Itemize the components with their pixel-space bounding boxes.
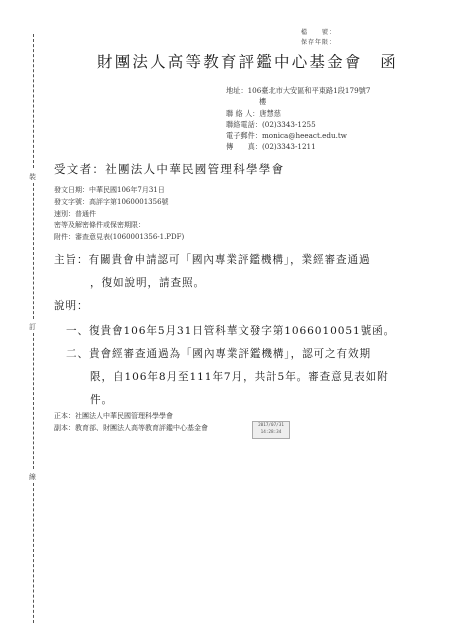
binding-line-top — [33, 34, 34, 168]
explanation-item-2-line2: 限，自106年8月至111年7月，共計5年。審查意見表如附 — [90, 369, 389, 384]
email: 電子郵件：monica@heeact.edu.tw — [226, 130, 370, 141]
distribution-block: 正本：社團法人中華民國管理科學學會 副本：教育部、財團法人高等教育評鑑中心基金會 — [54, 410, 208, 434]
file-number-label: 檔 號： — [301, 27, 336, 36]
security-level: 密等及解密條件或保密期限： — [54, 220, 184, 232]
stamp-time: 14:28:34 — [253, 429, 289, 436]
document-title: 財團法人高等教育評鑑中心基金會 函 — [97, 50, 398, 72]
meta-block: 發文日期：中華民國106年7月31日 發文字號：高評字第1060001356號 … — [54, 185, 184, 244]
explanation-item-2-line1: 二、貴會經審查通過為「國內專業評鑑機構」，認可之有效期 — [66, 346, 371, 361]
issue-date: 發文日期：中華民國106年7月31日 — [54, 185, 184, 197]
binding-char-xian: 線 — [29, 472, 36, 482]
binding-line-mid2 — [33, 333, 34, 469]
retention-label: 保存年限： — [301, 37, 336, 46]
original-recipient: 正本：社團法人中華民國管理科學學會 — [54, 410, 208, 422]
binding-line-mid1 — [33, 183, 34, 319]
explanation-heading: 說明： — [54, 298, 88, 313]
explanation-item-1: 一、復貴會106年5月31日管科華文發字第1066010051號函。 — [66, 323, 395, 338]
subject-line1: 主旨：有關貴會申請認可「國內專業評鑑機構」，業經審查通過 — [54, 252, 371, 267]
recipient: 受文者：社團法人中華民國管理科學學會 — [54, 161, 284, 177]
timestamp-stamp: 2017/07/31 14:28:34 — [252, 421, 290, 439]
binding-line-bottom — [33, 483, 34, 623]
binding-char-zhuang: 裝 — [29, 172, 36, 182]
contact-person: 聯 絡 人：唐慧慈 — [226, 108, 370, 119]
phone: 聯絡電話：(02)3343-1255 — [226, 119, 370, 130]
stamp-date: 2017/07/31 — [253, 422, 289, 429]
speed: 速別：普通件 — [54, 209, 184, 221]
copy-recipients: 副本：教育部、財團法人高等教育評鑑中心基金會 — [54, 422, 208, 434]
fax: 傳 真：(02)3343-1211 — [226, 141, 370, 152]
address: 地址：106臺北市大安區和平東路1段179號7 — [226, 85, 370, 96]
subject-line2: ，復如說明，請查照。 — [90, 275, 205, 290]
binding-char-ding: 訂 — [29, 322, 36, 332]
explanation-item-2-line3: 件。 — [90, 392, 113, 407]
contact-block: 地址：106臺北市大安區和平東路1段179號7 樓 聯 絡 人：唐慧慈 聯絡電話… — [226, 85, 370, 153]
attachment: 附件：審查意見表(1060001356-1.PDF) — [54, 232, 184, 244]
address-continued: 樓 — [226, 96, 370, 107]
doc-number: 發文字號：高評字第1060001356號 — [54, 197, 184, 209]
